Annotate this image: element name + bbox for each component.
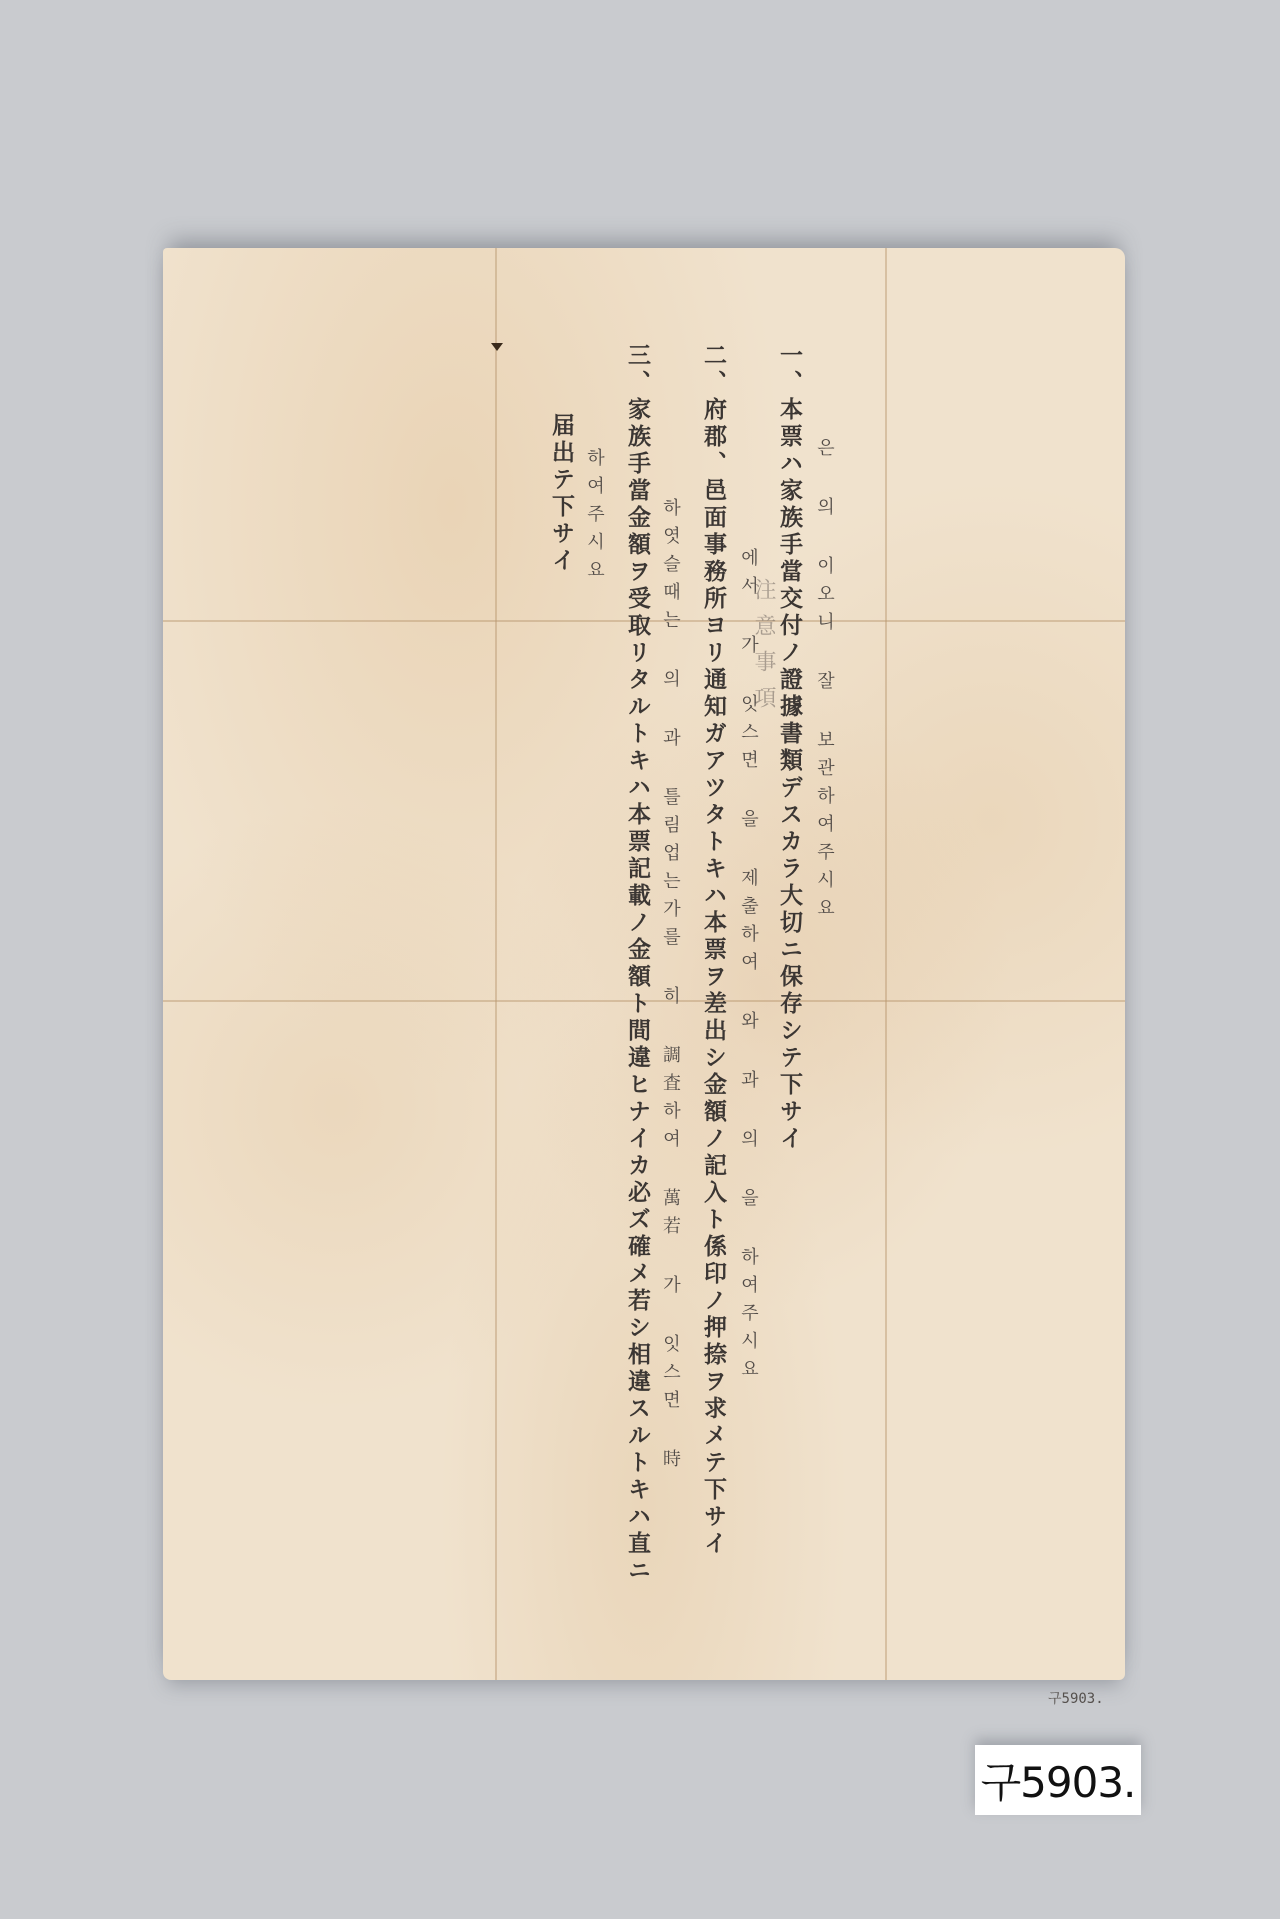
text-column-2: 二、府郡、邑面事務所ヨリ通知ガアツタトキハ本票ヲ差出シ金額ノ記入ト係印ノ押捺ヲ求…	[701, 343, 724, 1558]
annotation-column-1: 은 의 이오니 잘 보관하여주시요	[811, 438, 837, 926]
pencil-inventory-mark: 구5903.	[1048, 1688, 1104, 1708]
text-column-3: 三、家族手當金額ヲ受取リタルトキハ本票記載ノ金額ト間違ヒナイカ必ズ確メ若シ相違ス…	[625, 343, 648, 1585]
annotation-column-2: 에서 가 잇스면 을 제출하여 와 과 의 을 하여주시요	[735, 548, 761, 1387]
fold-line-vertical	[885, 248, 887, 1680]
catalog-number: 구5903.	[981, 1750, 1136, 1810]
document-paper: 注意事項 一、本票ハ家族手當交付ノ證據書類デスカラ大切ニ保存シテ下サイ 은 의 …	[163, 248, 1125, 1680]
fold-line-vertical	[495, 248, 497, 1680]
annotation-column-4: 하여주시요	[581, 448, 607, 588]
catalog-label: 구5903.	[975, 1745, 1141, 1815]
crease-hole	[491, 343, 503, 351]
text-column-1: 一、本票ハ家族手當交付ノ證據書類デスカラ大切ニ保存シテ下サイ	[777, 343, 800, 1153]
text-column-4: 届出テ下サイ	[549, 413, 572, 575]
annotation-column-3: 하엿슬때는 의 과 틀림업는가를 히 調査하여 萬若 가 잇스면 時	[657, 498, 683, 1477]
